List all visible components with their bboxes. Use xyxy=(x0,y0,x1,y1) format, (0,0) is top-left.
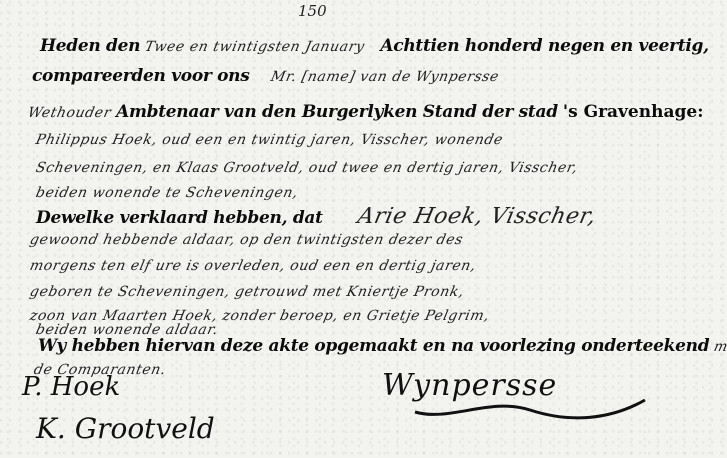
printed-text: Dewelke verklaard hebben, dat xyxy=(36,208,323,228)
printed-text: Wy hebben hiervan deze akte opgemaakt en… xyxy=(38,336,709,356)
line-9: morgens ten elf ure is overleden, oud ee… xyxy=(28,258,477,274)
document-page: 150 Heden den Twee en twintigsten Januar… xyxy=(0,0,727,458)
record-number: 150 xyxy=(298,2,327,20)
printed-text: Ambtenaar van den Burgerlyken Stand der … xyxy=(116,102,558,122)
handwritten-text: met xyxy=(713,339,727,355)
line-6: beiden wonende te Scheveningen, xyxy=(34,185,299,201)
city-name: 's Gravenhage: xyxy=(563,102,704,122)
line-2: compareerden voor ons Mr. [name] van de … xyxy=(32,66,499,86)
line-4: Philippus Hoek, oud een en twintig jaren… xyxy=(34,132,504,148)
line-7: Dewelke verklaard hebben, dat Arie Hoek,… xyxy=(36,204,596,229)
handwritten-date: Twee en twintigsten January xyxy=(144,39,377,55)
line-10: geboren te Scheveningen, getrouwd met Kn… xyxy=(28,284,465,300)
printed-text: Heden den xyxy=(40,36,140,56)
printed-text: compareerden voor ons xyxy=(32,66,250,86)
line-1: Heden den Twee en twintigsten January Ac… xyxy=(40,36,709,56)
line-8: gewoond hebbende aldaar, op den twintigs… xyxy=(28,232,464,248)
line-3: Wethouder Ambtenaar van den Burgerlyken … xyxy=(28,102,703,122)
line-13: Wy hebben hiervan deze akte opgemaakt en… xyxy=(38,336,727,356)
handwritten-deceased: Arie Hoek, Visscher, xyxy=(355,204,598,229)
line-5: Scheveningen, en Klaas Grootveld, oud tw… xyxy=(34,160,579,176)
handwritten-title: Wethouder xyxy=(26,105,112,121)
signature-p-hoek: P. Hoek xyxy=(22,372,120,402)
signature-k-grootveld: K. Grootveld xyxy=(36,412,215,445)
signature-flourish xyxy=(410,392,650,432)
handwritten-official: Mr. [name] van de Wynpersse xyxy=(269,69,500,85)
printed-text: Achttien honderd negen en veertig, xyxy=(380,36,708,56)
